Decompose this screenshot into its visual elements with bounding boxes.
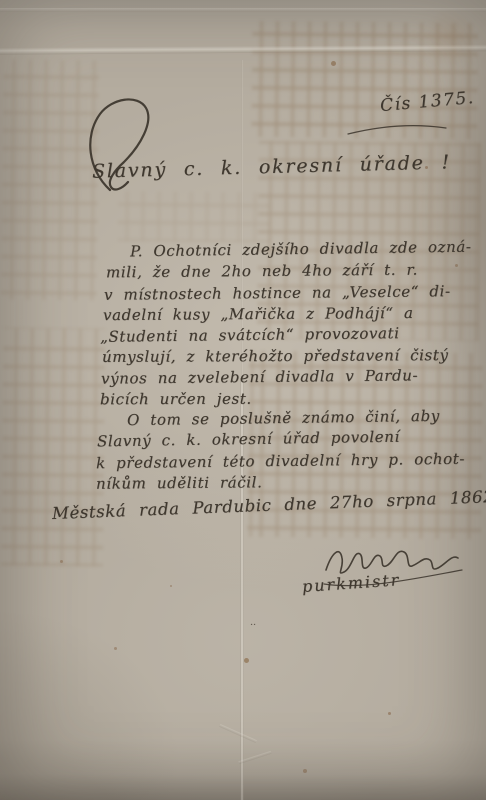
manuscript-photo: Čís 1375. Slavný c. k. okresní úřade ! P… — [0, 0, 486, 800]
closing-line: níkům uděliti ráčil. — [96, 473, 263, 492]
reference-underline-flourish — [346, 120, 450, 140]
body-line: výnos na zvelebení divadla v Pardu- — [101, 366, 418, 387]
body-line: v místnostech hostince na „Veselce“ di- — [104, 282, 451, 304]
body-line: vadelní kusy „Mařička z Podhájí“ a — [103, 304, 414, 324]
body-line: úmyslují, z kteréhožto představení čistý — [102, 346, 449, 366]
ink-speck: ‥ — [250, 618, 256, 628]
body-line: mili, že dne 2ho neb 4ho září t. r. — [106, 261, 418, 282]
body-line: bicích určen jest. — [100, 390, 252, 409]
body-line: „Studenti na svátcích“ provozovati — [100, 324, 400, 346]
